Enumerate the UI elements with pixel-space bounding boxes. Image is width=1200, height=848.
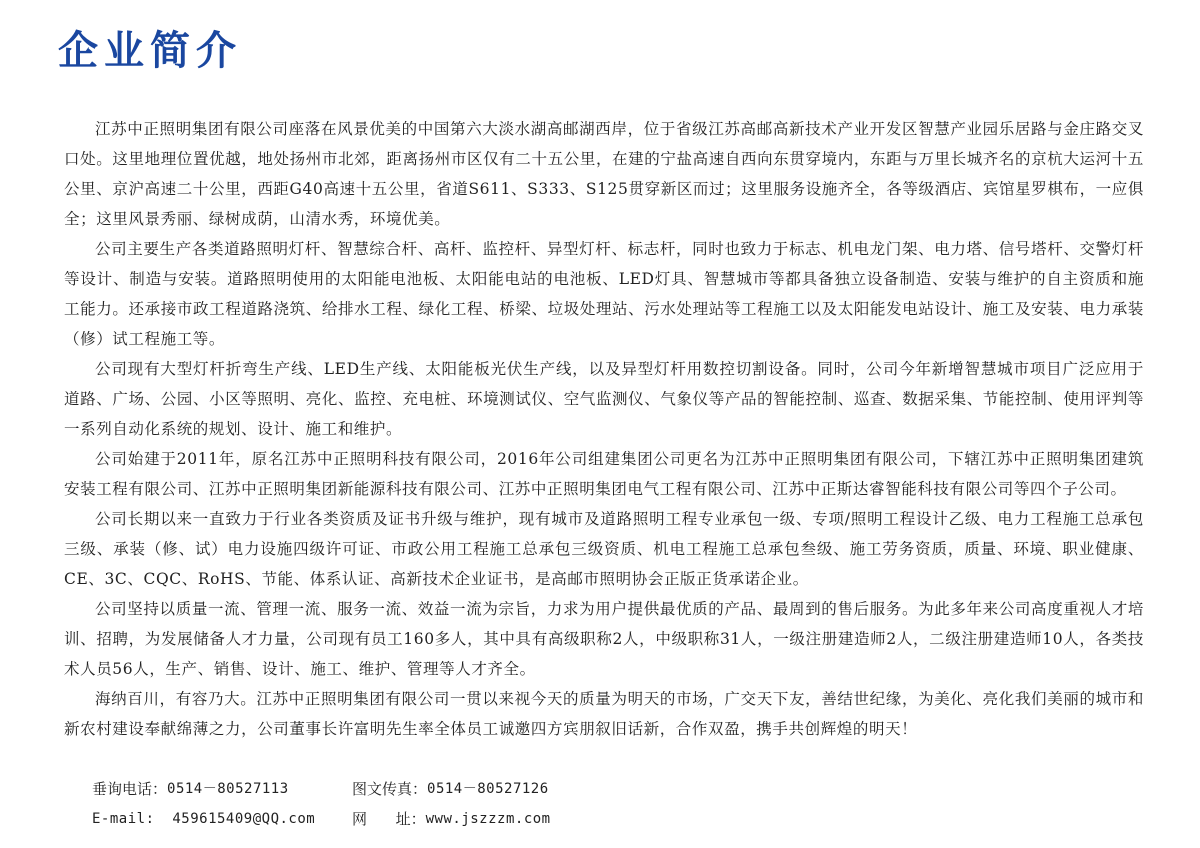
contact-row-phone-fax: 垂询电话： 0514－80527113 图文传真： 0514－80527126 [92,774,551,804]
paragraph-location: 江苏中正照明集团有限公司座落在风景优美的中国第六大淡水湖高邮湖西岸，位于省级江苏… [64,114,1144,234]
company-intro-body: 江苏中正照明集团有限公司座落在风景优美的中国第六大淡水湖高邮湖西岸，位于省级江苏… [64,114,1144,744]
paragraph-qualifications: 公司长期以来一直致力于行业各类资质及证书升级与维护，现有城市及道路照明工程专业承… [64,504,1144,594]
contact-website: 网 址： www.jszzzm.com [352,804,551,834]
website-link[interactable]: www.jszzzm.com [426,804,551,834]
phone-value[interactable]: 0514－80527113 [167,774,289,804]
website-label: 网 址： [352,804,426,834]
paragraph-closing: 海纳百川，有容乃大。江苏中正照明集团有限公司一贯以来视今天的质量为明天的市场，广… [64,684,1144,744]
paragraph-products: 公司主要生产各类道路照明灯杆、智慧综合杆、高杆、监控杆、异型灯杆、标志杆，同时也… [64,234,1144,354]
email-value[interactable]: 459615409@QQ.com [172,804,315,834]
email-label: E-mail: [92,804,172,834]
contact-phone: 垂询电话： 0514－80527113 [92,774,352,804]
phone-label: 垂询电话： [92,774,167,804]
contact-email: E-mail: 459615409@QQ.com [92,804,352,834]
contact-row-email-web: E-mail: 459615409@QQ.com 网 址： www.jszzzm… [92,804,551,834]
paragraph-history: 公司始建于2011年，原名江苏中正照明科技有限公司，2016年公司组建集团公司更… [64,444,1144,504]
paragraph-staff: 公司坚持以质量一流、管理一流、服务一流、效益一流为宗旨，力求为用户提供最优质的产… [64,594,1144,684]
fax-label: 图文传真： [352,774,427,804]
page-title: 企业简介 [58,26,242,76]
paragraph-production-lines: 公司现有大型灯杆折弯生产线、LED生产线、太阳能板光伏生产线，以及异型灯杆用数控… [64,354,1144,444]
contact-info: 垂询电话： 0514－80527113 图文传真： 0514－80527126 … [92,774,551,834]
fax-value: 0514－80527126 [427,774,549,804]
contact-fax: 图文传真： 0514－80527126 [352,774,549,804]
